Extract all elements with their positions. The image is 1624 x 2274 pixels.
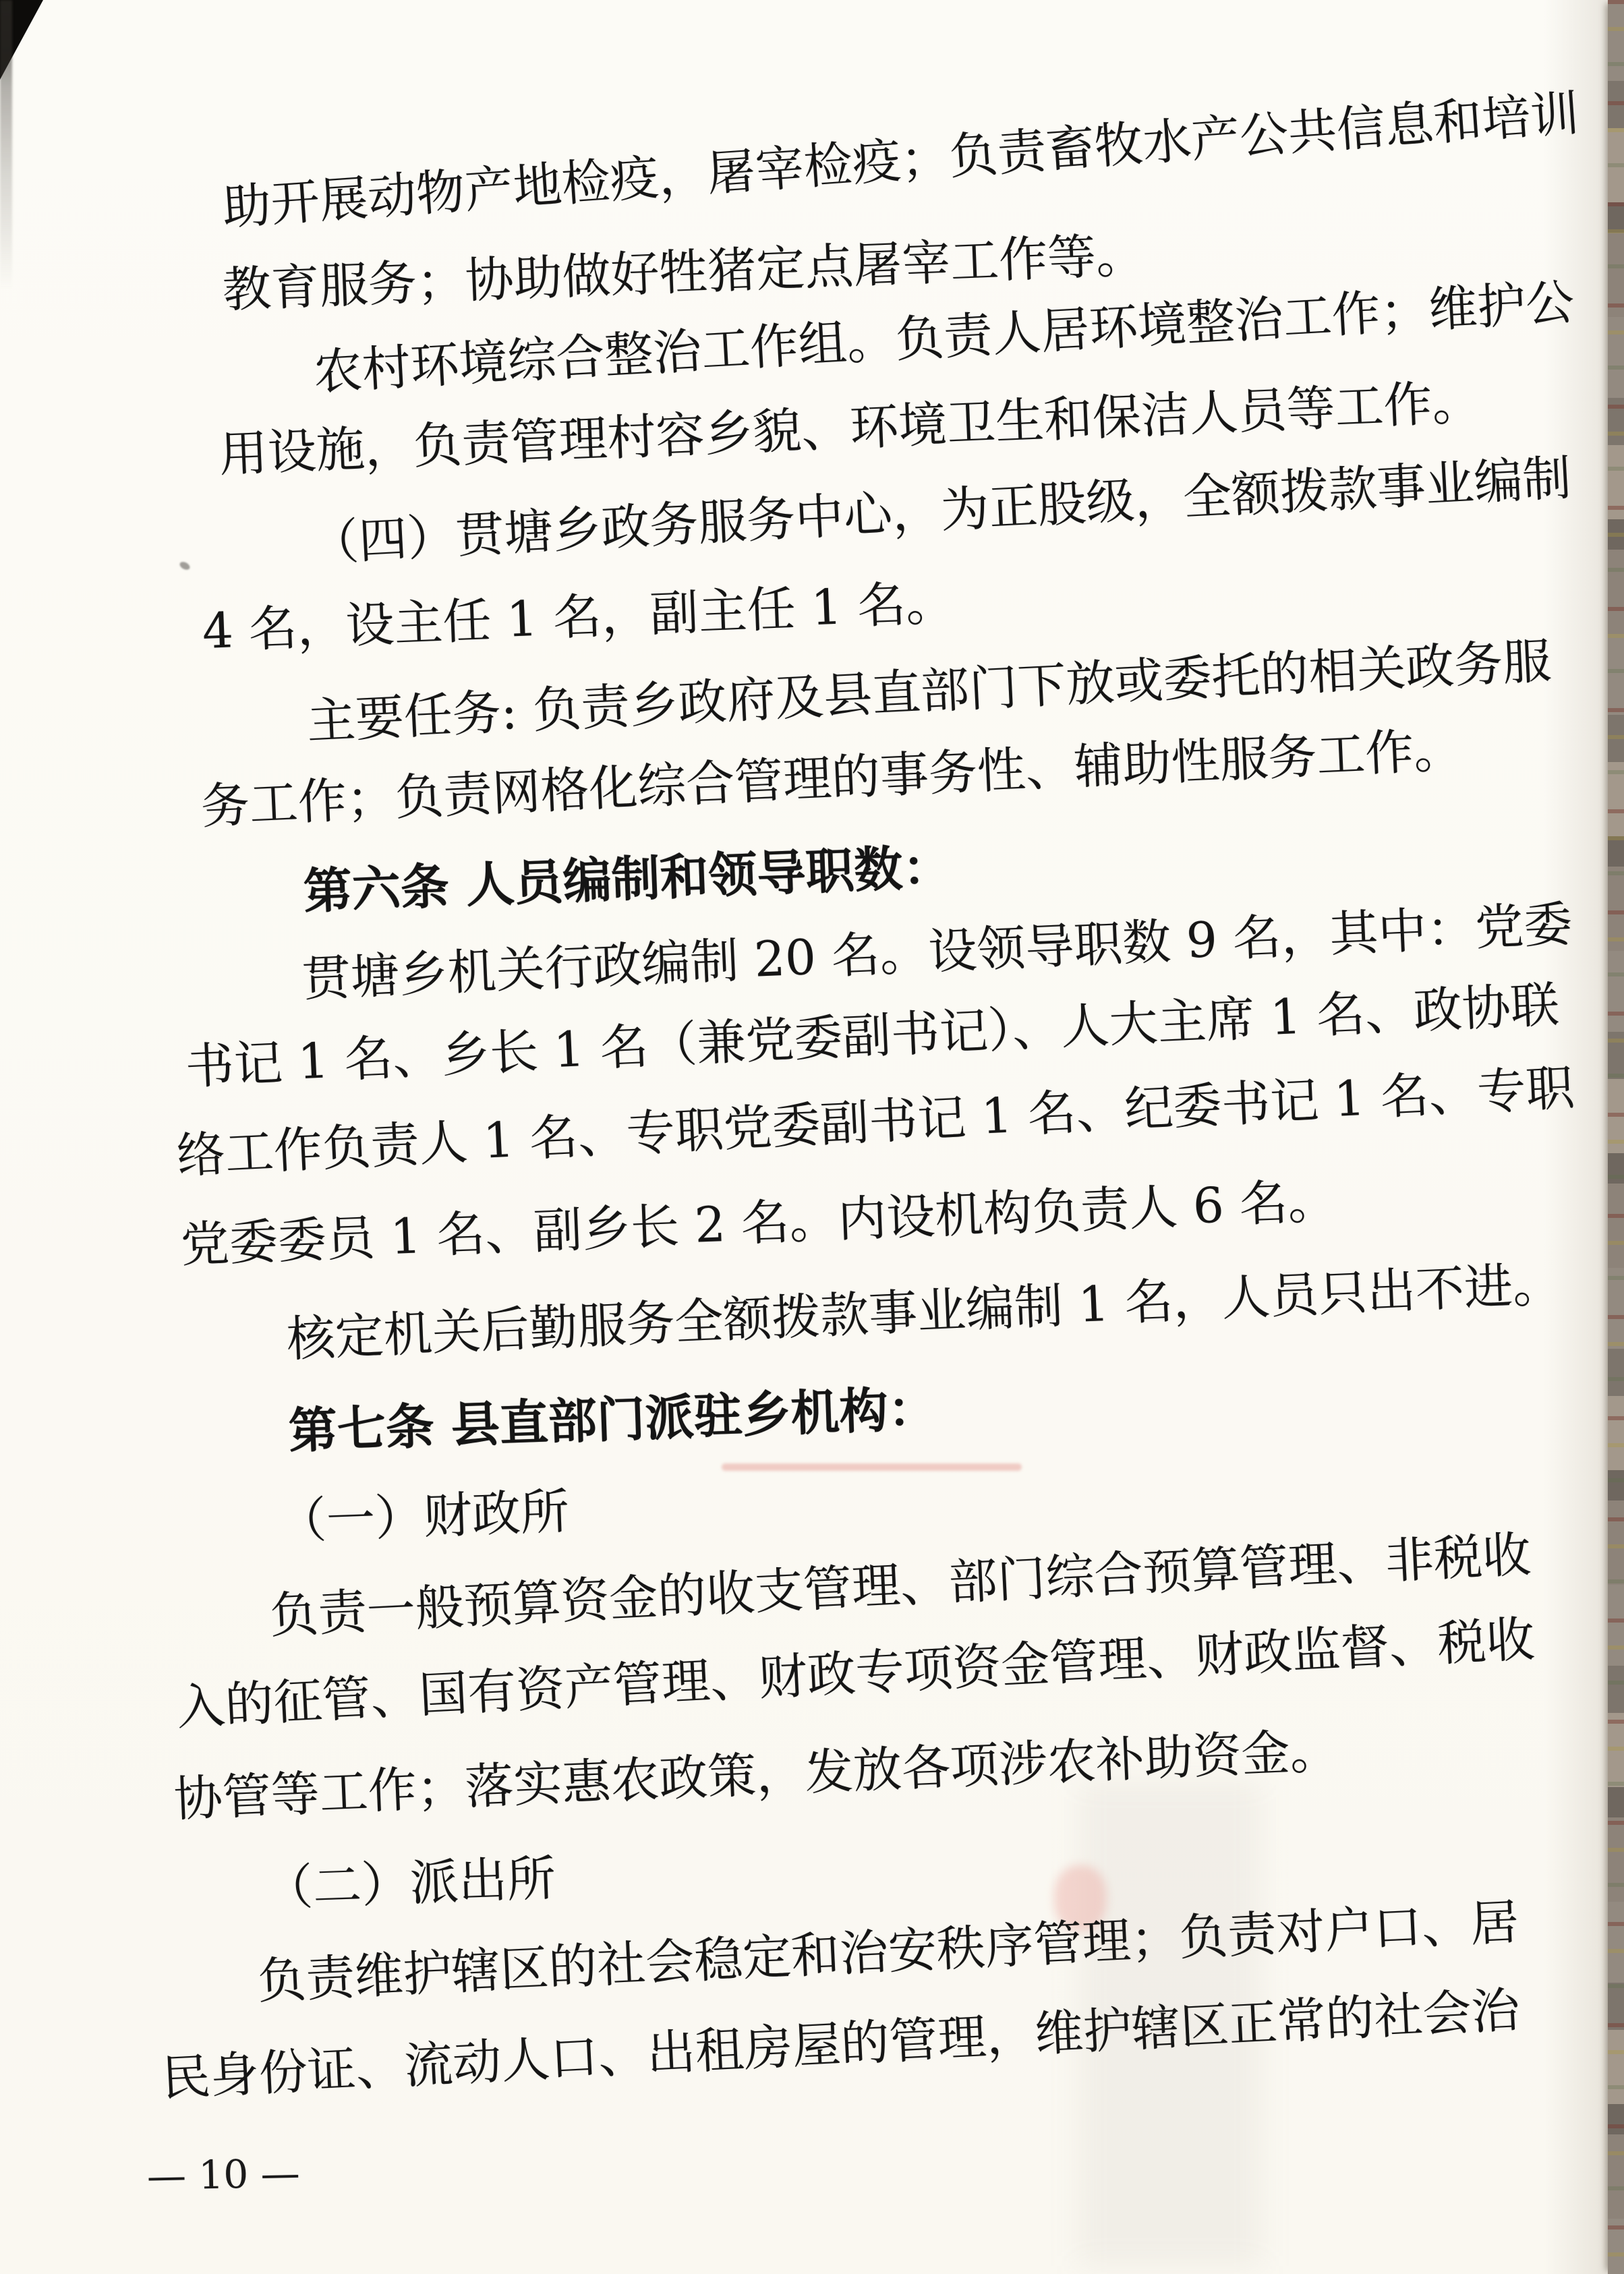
- heading-line: 第七条 县直部门派驻乡机构：: [288, 1381, 937, 1457]
- text-line: 助开展动物产地检疫，屠宰检疫；负责畜牧水产公共信息和培训: [221, 86, 1581, 234]
- text-line: 党委委员 1 名、副乡长 2 名。内设机构负责人 6 名。: [179, 1173, 1337, 1272]
- page-number: — 10 —: [146, 2149, 300, 2200]
- heading-line: 第六条 人员编制和领导职数：: [302, 840, 952, 919]
- text-line: 协管等工作；落实惠农政策，发放各项涉农补助资金。: [173, 1724, 1339, 1826]
- text-line: 教育服务；协助做好牲猪定点屠宰工作等。: [221, 228, 1145, 317]
- text-line: 4 名，设主任 1 名，副主任 1 名。: [201, 575, 955, 658]
- scanned-document-page: 助开展动物产地检疫，屠宰检疫；负责畜牧水产公共信息和培训教育服务；协助做好牲猪定…: [0, 0, 1624, 2274]
- text-line: （一）财政所: [277, 1484, 571, 1548]
- text-line: 核定机关后勤服务全额拨款事业编制 1 名，人员只出不进。: [285, 1257, 1562, 1366]
- document-text-block: 助开展动物产地检疫，屠宰检疫；负责畜牧水产公共信息和培训教育服务；协助做好牲猪定…: [0, 0, 1624, 2274]
- text-line: （二）派出所: [264, 1851, 557, 1915]
